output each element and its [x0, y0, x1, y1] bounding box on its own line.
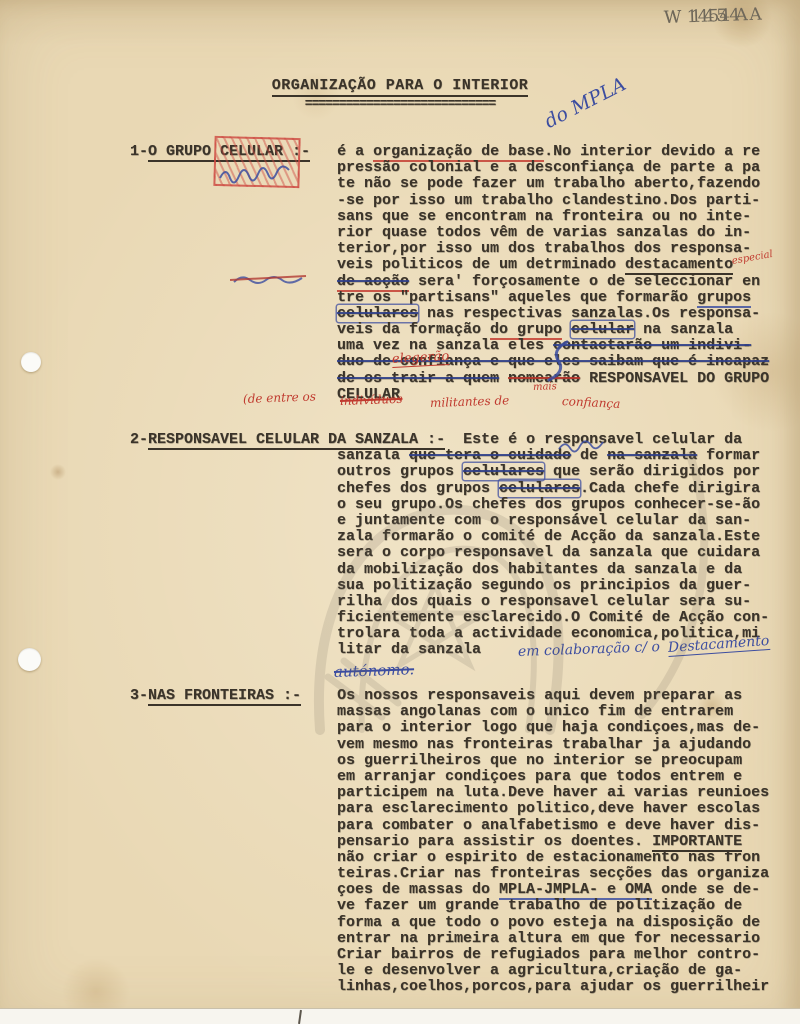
typed-line: entrar na primeira altura em que for nec…: [130, 931, 790, 947]
scan-edge-strip: [0, 1008, 800, 1024]
typed-line: os guerrilheiros que no interior se preo…: [130, 753, 790, 769]
typed-line: veis politicos de um detrminado destacam…: [130, 257, 790, 273]
typed-line: uma vez na sanzala eles contactarão um i…: [130, 338, 790, 354]
typed-line: sera o corpo responsavel da sanzala que …: [130, 545, 790, 561]
typed-line: massas angolanas com o unico fim de entr…: [130, 704, 790, 720]
typed-line: vem mesmo nas fronteiras trabalhar ja aj…: [130, 737, 790, 753]
handwritten-annotation: confiança: [562, 394, 621, 411]
typed-line: o seu grupo.Os chefes dos grupos conhece…: [130, 497, 790, 513]
section-responsavel-celular-da-sanzala: 2-RESPONSAVEL CELULAR DA SANZALA :- Este…: [130, 432, 790, 659]
typed-line: Criar bairros de refugiados para melhor …: [130, 947, 790, 963]
typed-line: para o interior logo que haja condiçoes,…: [130, 720, 790, 736]
typed-line: de acção sera' forçosamente o de selecci…: [130, 274, 790, 290]
typed-line: celulares nas respectivas sanzalas.Os re…: [130, 306, 790, 322]
handwritten-annotation: indivíduos: [340, 392, 403, 408]
typed-line: pensario para assistir os doentes. IMPOR…: [130, 834, 790, 850]
typed-line: participem na luta.Deve haver ai varias …: [130, 785, 790, 801]
typed-line: ve fazer um grande trabalho de politizaç…: [130, 898, 790, 914]
typed-line: para combater o analfabetismo e deve hav…: [130, 818, 790, 834]
typed-line: le e desenvolver a agricultura,criação d…: [130, 963, 790, 979]
typed-line: em arranjar condiçoes para que todos ent…: [130, 769, 790, 785]
typed-line: sanzala que tera o cuidado de na sanzala…: [130, 448, 790, 464]
section-nas-fronteiras: 3-NAS FRONTEIRAS :- Os nossos responsave…: [130, 688, 790, 996]
typed-line: zala formarão o comité de Acção da sanza…: [130, 529, 790, 545]
page-title: ORGANIZAÇÃO PARA O INTERIOR: [272, 77, 529, 97]
red-crossout-box: [213, 136, 300, 188]
typed-line: de os trair a quem nomearão RESPONSAVEL …: [130, 371, 790, 387]
typed-line: veis da formação do grupo celular na san…: [130, 322, 790, 338]
title-underline-row: ============================: [0, 98, 800, 109]
typed-line: rior quase todos vêm de varias sanzalas …: [130, 225, 790, 241]
typed-line: e juntamente com o responsável celular d…: [130, 513, 790, 529]
typed-line: rilha dos quais o responsavel celular se…: [130, 594, 790, 610]
typed-line: não criar o espirito de estacionamento n…: [130, 850, 790, 866]
typed-line: çoes de massas do MPLA-JMPLA- e OMA onde…: [130, 882, 790, 898]
handwritten-annotation: autónomo.: [334, 660, 415, 681]
typed-line: sua politização segundo os principios da…: [130, 578, 790, 594]
typed-line: sans que se encontram na fronteira ou no…: [130, 209, 790, 225]
typed-line: -se por isso um trabalho clandestino.Dos…: [130, 193, 790, 209]
typed-line: ficientemente esclarecido.O Comité de Ac…: [130, 610, 790, 626]
typed-line: forma a que todo o povo esteja na dispos…: [130, 915, 790, 931]
typed-line: 2-RESPONSAVEL CELULAR DA SANZALA :- Este…: [130, 432, 790, 448]
typed-line: terior,por isso um dos trabalhos dos res…: [130, 241, 790, 257]
typed-line: da mobilização dos habitantes da sanzala…: [130, 562, 790, 578]
document-page: W 1454 A ORGANIZAÇÃO PARA O INTERIOR ===…: [0, 0, 800, 1024]
handwritten-annotation: elegerão: [392, 349, 450, 368]
typed-line: outros grupos celulares que serão dirigi…: [130, 464, 790, 480]
typed-line: 3-NAS FRONTEIRAS :- Os nossos responsave…: [130, 688, 790, 704]
punch-hole: [18, 648, 41, 671]
handwritten-annotation: (de entre os: [243, 389, 316, 406]
typed-line: linhas,coelhos,porcos,para ajudar os gue…: [130, 979, 790, 995]
handwritten-annotation: W 1454 A: [664, 5, 748, 28]
typed-line: teiras.Criar nas fronteiras secções das …: [130, 866, 790, 882]
title-block: ORGANIZAÇÃO PARA O INTERIOR ============…: [0, 76, 800, 109]
punch-hole: [21, 352, 41, 372]
handwritten-annotation: mais: [533, 381, 557, 393]
typed-line: chefes dos grupos celulares.Cada chefe d…: [130, 481, 790, 497]
typed-line: para esclarecimento politico,deve haver …: [130, 801, 790, 817]
typed-line: tre os "partisans" aqueles que formarão …: [130, 290, 790, 306]
typed-line: duo de confiança e que eles saibam que é…: [130, 354, 790, 370]
handwritten-annotation: militantes de: [430, 393, 510, 410]
